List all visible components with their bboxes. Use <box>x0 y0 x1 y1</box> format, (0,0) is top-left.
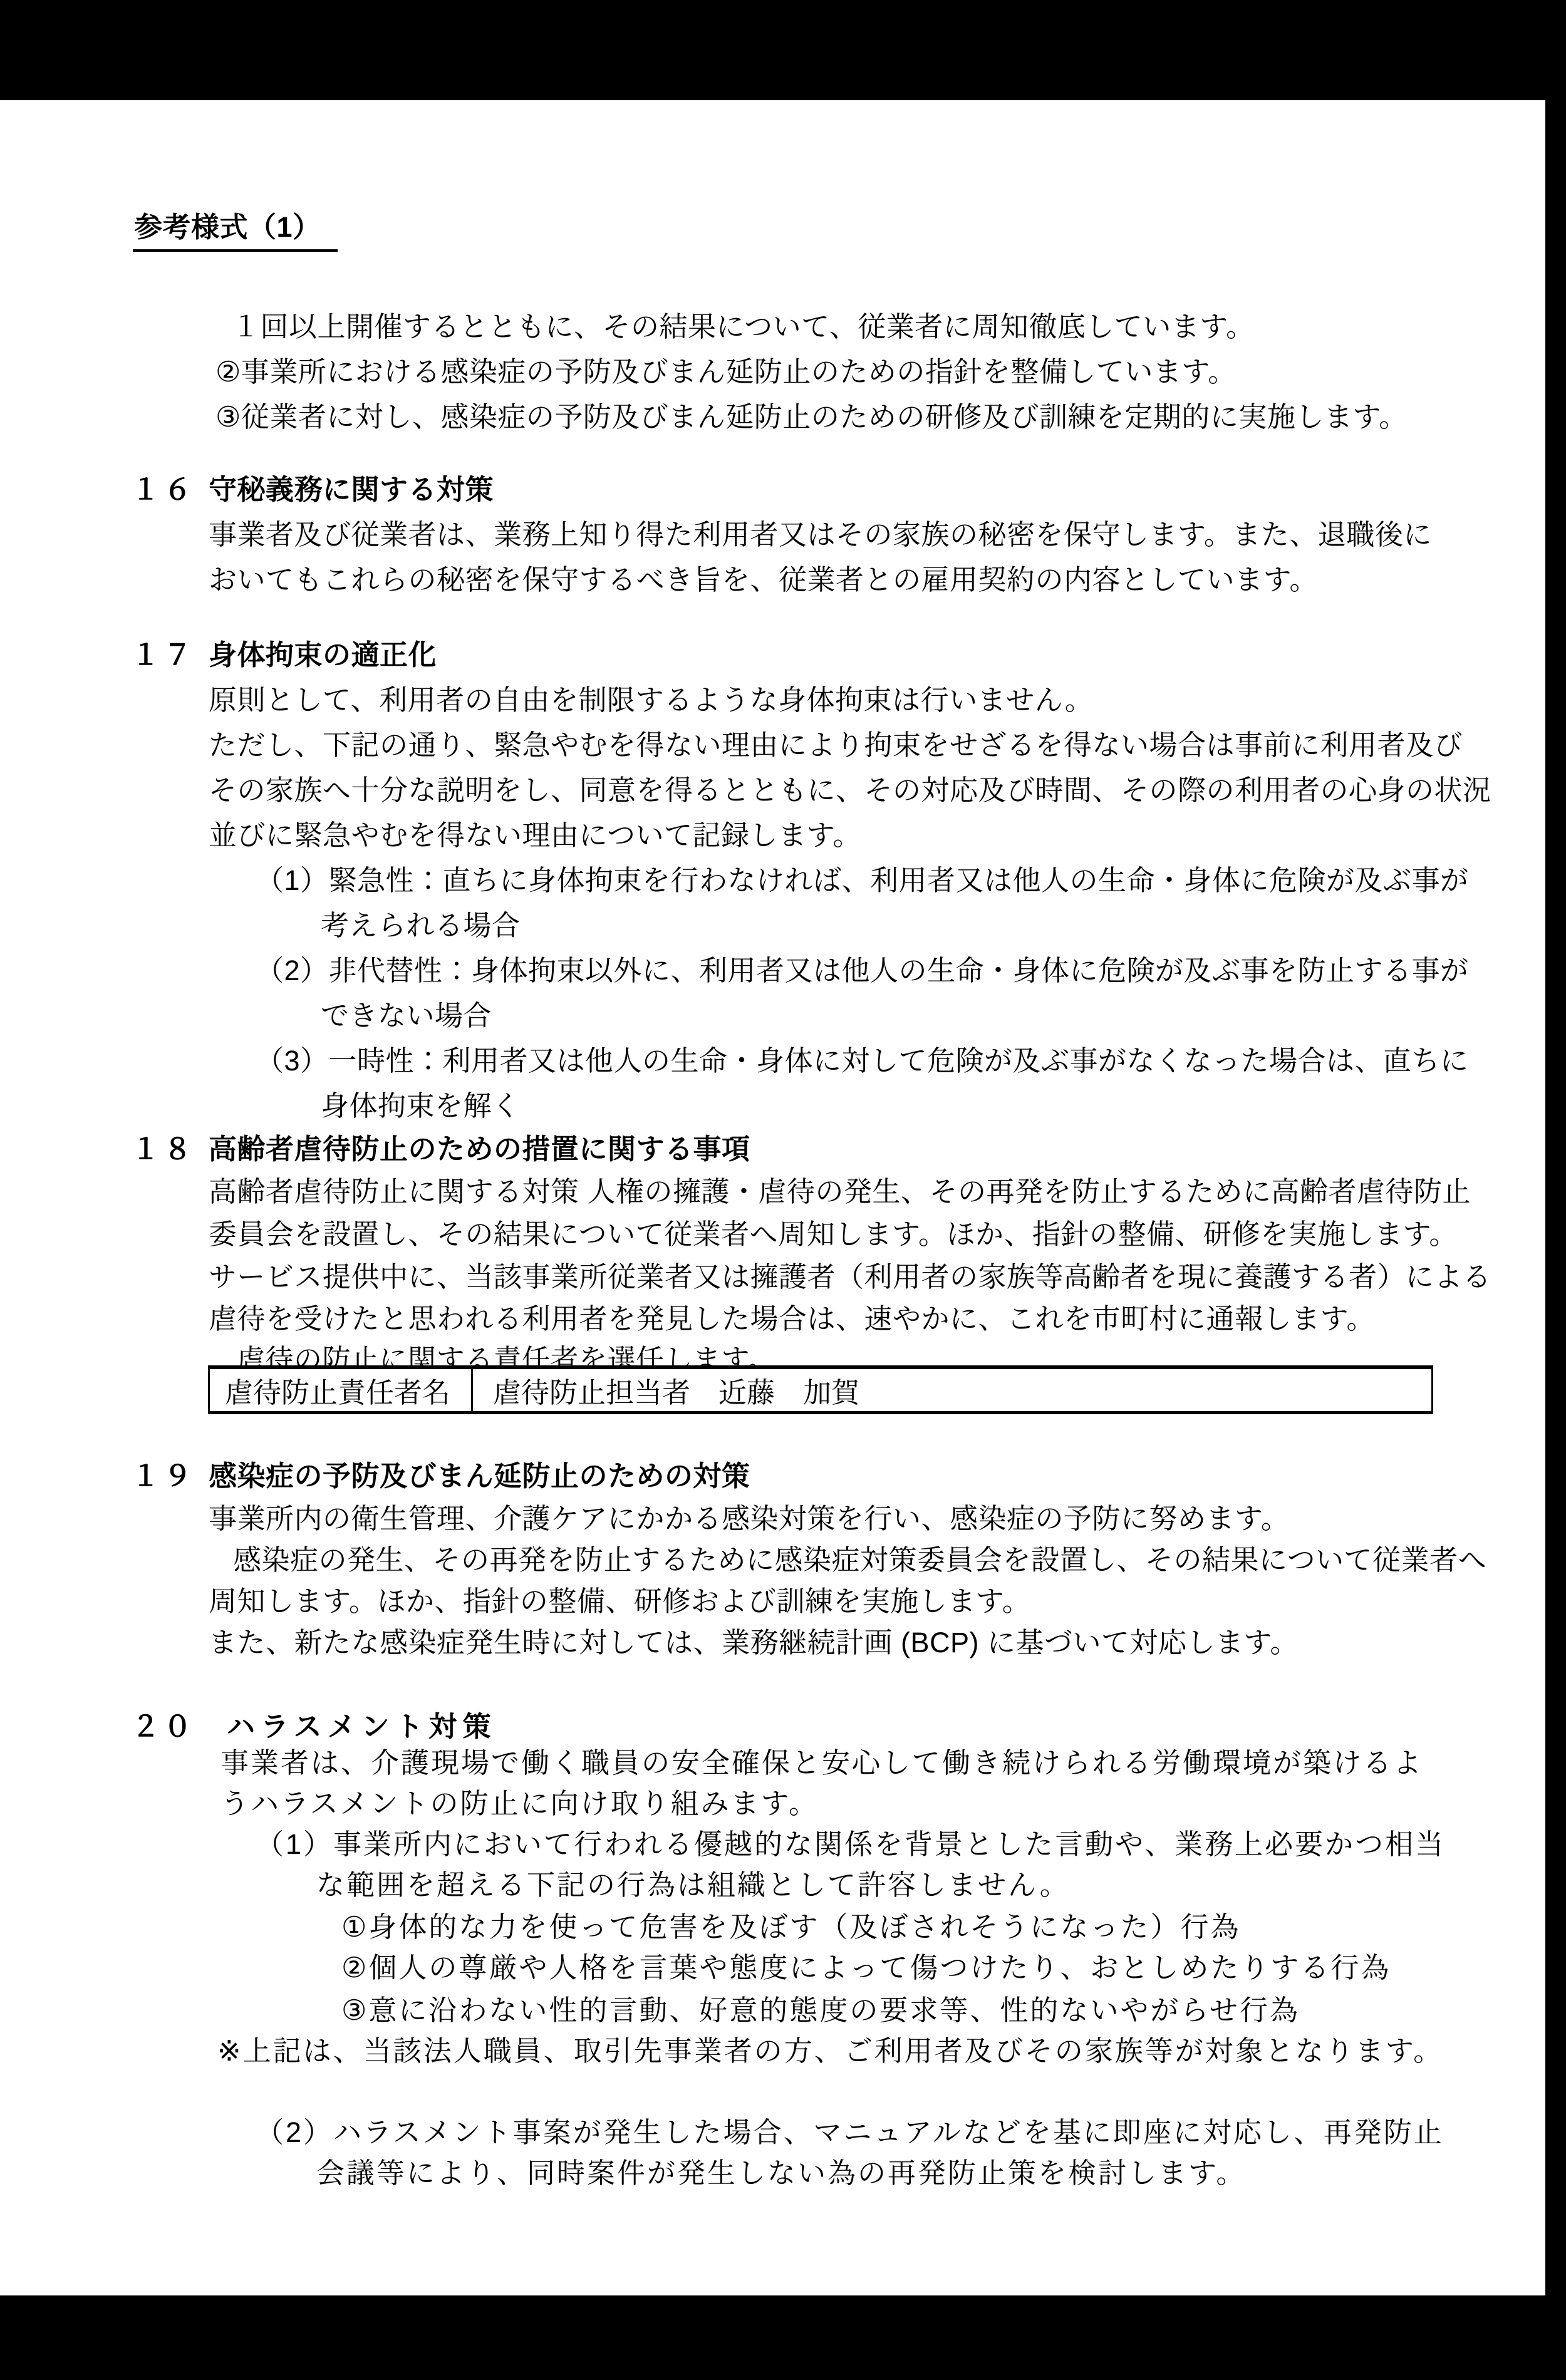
section-20-subitem-1: ①身体的な力を使って危害を及ぼす（及ぼされそうになった）行為 <box>341 1912 1240 1943</box>
section-18-number: １８ <box>132 1134 195 1165</box>
section-20-title: ハラスメント対策 <box>227 1711 497 1742</box>
section-20-subitem-3: ③意に沿わない性的言動、好意的態度の要求等、性的ないやがらせ行為 <box>341 1995 1300 2026</box>
section-16-line: おいてもこれらの秘密を保守するべき旨を、従業者との雇用契約の内容としています。 <box>209 564 1318 596</box>
abuse-prevention-officer-table: 虐待防止責任者名 虐待防止担当者 近藤 加賀 <box>208 1365 1433 1414</box>
section-19-title: 感染症の予防及びまん延防止のための対策 <box>209 1461 750 1492</box>
scan-border-right <box>1545 100 1566 2295</box>
section-20-number: ２０ <box>132 1711 195 1742</box>
section-20-item-1-cont: な範囲を超える下記の行為は組織として許容しません。 <box>316 1870 1070 1901</box>
table-header-cell: 虐待防止責任者名 <box>210 1369 473 1411</box>
section-20-subitem-2: ②個人の尊厳や人格を言葉や態度によって傷つけたり、おとしめたりする行為 <box>341 1952 1391 1984</box>
intro-line: ③従業者に対し、感染症の予防及びまん延防止のための研修及び訓練を定期的に実施しま… <box>215 401 1408 433</box>
section-20-note: ※上記は、当該法人職員、取引先事業者の方、ご利用者及びその家族等が対象となります… <box>217 2036 1443 2067</box>
section-19-line: 周知します。ほか、指針の整備、研修および訓練を実施します。 <box>209 1586 1030 1617</box>
section-17-item-1: （1）緊急性：直ちに身体拘束を行わなければ、利用者又は他人の生命・身体に危険が及… <box>256 865 1469 896</box>
intro-line: １回以上開催するとともに、その結果について、従業者に周知徹底しています。 <box>232 311 1255 343</box>
section-18-line: 虐待を受けたと思われる利用者を発見した場合は、速やかに、これを市町村に通報します… <box>209 1303 1375 1335</box>
scan-border-bottom <box>0 2295 1566 2380</box>
section-17-line: 原則として、利用者の自由を制限するような身体拘束は行いません。 <box>209 685 1093 716</box>
section-17-line: その家族へ十分な説明をし、同意を得るとともに、その対応及び時間、その際の利用者の… <box>209 775 1491 806</box>
section-17-line: 並びに緊急やむを得ない理由について記録します。 <box>209 820 861 851</box>
section-18-title: 高齢者虐待防止のための措置に関する事項 <box>209 1134 750 1165</box>
scanned-document-page: 参考様式（1） １回以上開催するとともに、その結果について、従業者に周知徹底して… <box>0 0 1566 2380</box>
section-17-number: １７ <box>132 639 195 671</box>
scan-border-top <box>0 0 1566 100</box>
table-value-cell: 虐待防止担当者 近藤 加賀 <box>473 1369 1431 1411</box>
section-17-item-2-cont: できない場合 <box>321 1000 492 1032</box>
section-16-line: 事業者及び従業者は、業務上知り得た利用者又はその家族の秘密を保守します。また、退… <box>209 519 1432 551</box>
section-18-line: 委員会を設置し、その結果について従業者へ周知します。ほか、指針の整備、研修を実施… <box>209 1219 1458 1250</box>
section-20-line: うハラスメントの防止に向け取り組みます。 <box>220 1788 819 1819</box>
section-20-item-2: （2）ハラスメント事案が発生した場合、マニュアルなどを基に即座に対応し、再発防止 <box>256 2117 1444 2148</box>
section-17-item-3-cont: 身体拘束を解く <box>321 1090 521 1122</box>
section-18-line: サービス提供中に、当該事業所従業者又は擁護者（利用者の家族等高齢者を現に養護する… <box>209 1261 1491 1293</box>
section-17-item-3: （3）一時性：利用者又は他人の生命・身体に対して危険が及ぶ事がなくなった場合は、… <box>256 1045 1469 1077</box>
section-19-line: 事業所内の衛生管理、介護ケアにかかる感染対策を行い、感染症の予防に努めます。 <box>209 1503 1289 1534</box>
section-16-number: １６ <box>132 474 195 505</box>
section-20-item-1: （1）事業所内において行われる優越的な関係を背景とした言動や、業務上必要かつ相当 <box>256 1829 1445 1860</box>
intro-line: ②事業所における感染症の予防及びまん延防止のための指針を整備しています。 <box>215 356 1237 388</box>
section-17-line: ただし、下記の通り、緊急やむを得ない理由により拘束をせざるを得ない場合は事前に利… <box>209 730 1463 761</box>
form-label: 参考様式（1） <box>133 212 338 252</box>
section-19-number: １９ <box>132 1461 195 1492</box>
section-19-line: 感染症の発生、その再発を防止するために感染症対策委員会を設置し、その結果について… <box>233 1544 1486 1576</box>
section-18-line: 高齢者虐待防止に関する対策 人権の擁護・虐待の発生、その再発を防止するために高齢… <box>209 1176 1471 1208</box>
section-20-item-2-cont: 会議等により、同時案件が発生しない為の再発防止策を検討します。 <box>316 2158 1246 2189</box>
section-16-title: 守秘義務に関する対策 <box>209 474 494 505</box>
section-17-title: 身体拘束の適正化 <box>209 639 437 671</box>
section-17-item-1-cont: 考えられる場合 <box>321 910 521 941</box>
section-17-item-2: （2）非代替性：身体拘束以外に、利用者又は他人の生命・身体に危険が及ぶ事を防止す… <box>256 955 1469 986</box>
section-20-line: 事業者は、介護現場で働く職員の安全確保と安心して働き続けられる労働環境が築けるよ <box>220 1747 1423 1779</box>
section-19-line: また、新たな感染症発生時に対しては、業務継続計画 (BCP) に基づいて対応しま… <box>209 1627 1299 1658</box>
